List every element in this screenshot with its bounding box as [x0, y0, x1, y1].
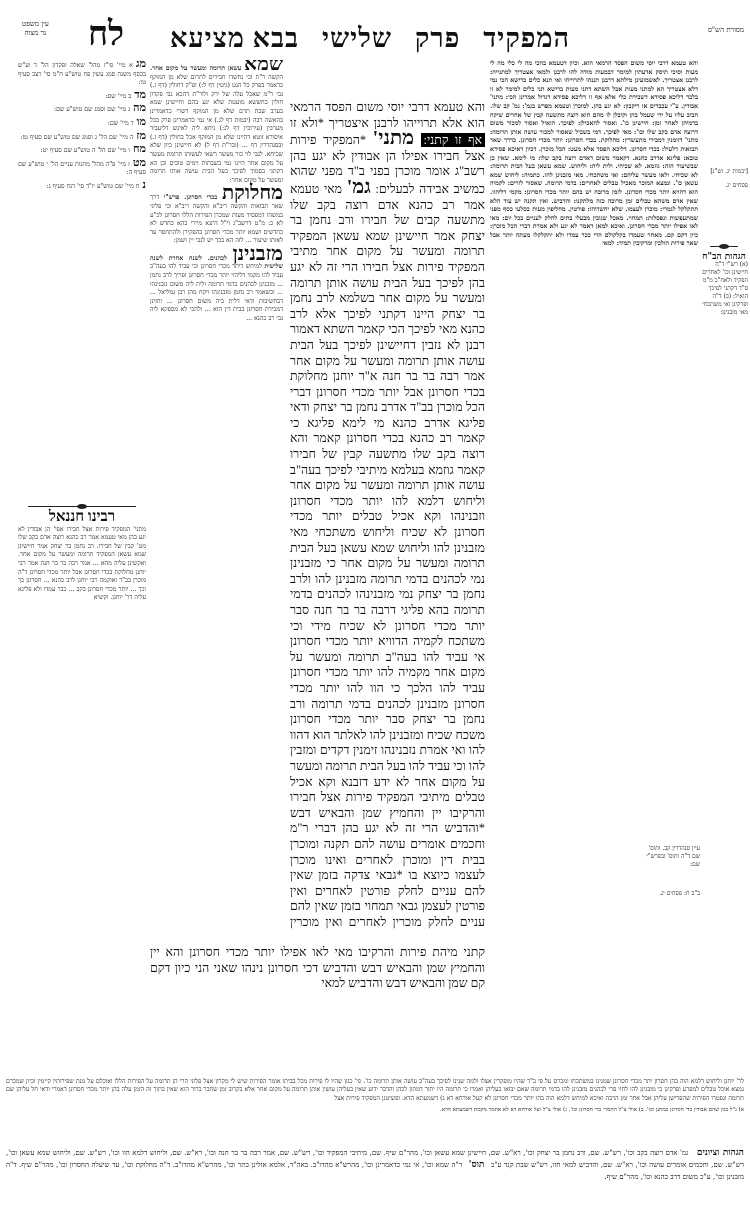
- masoret-refs: [יבמות יג. וש"נ] פסחים יג.: [700, 165, 748, 193]
- ein-mishpat-entry: מטז מיי' פ"ה מהל' מתנות עניים הל' י טוש"…: [18, 159, 146, 178]
- gemara-opening: והא טעמא דרבי יוסי משום הפסד הרמאי הוא א…: [290, 100, 485, 130]
- ornament-divider: [28, 506, 136, 507]
- ein-mishpat-entry: מוד מיי' שם:: [18, 118, 146, 129]
- footer-commentary: לר' יוחנן וליחוש דלמא הוה בהן חסרון יתר …: [6, 1078, 744, 1115]
- rabbeinu-chananel: רבינו חננאל מתני' המפקיד פירות אצל חבירו…: [18, 500, 146, 1070]
- ein-mishpat-letter: נ: [142, 178, 146, 191]
- ein-mishpat-entry: מדב מיי' שם:: [18, 91, 146, 102]
- ein-mishpat-entry: מזה מיי' שם הל' ג וסמג שם טוש"ע שם סעיף …: [18, 132, 146, 143]
- ein-mishpat-entry: נח מיי' שם טוש"ע יו"ד סי' רנח סעיף ג:: [18, 181, 146, 192]
- tosfos-heading2-rest: בכדי חסרונן. פרש"י: [164, 194, 218, 201]
- masoret-ref-2: פסחים יג.: [700, 179, 748, 193]
- ein-mishpat-text: ג מיי' שם וסמג שם טוש"ע שם:: [54, 106, 130, 113]
- gemara-closing: קתני מיהת פירות והרקיבו מאי לאו אפילו יו…: [150, 945, 485, 990]
- tosfos-heading2-word: מחלוקת: [222, 182, 283, 204]
- ein-mishpat-text: ז מיי' פ"ה מהל' מתנות עניים הל' י טוש"ע …: [18, 161, 146, 177]
- ein-mishpat-line1: עין משפט: [22, 20, 49, 29]
- ein-mishpat-text: א מיי' פי"ז מהל' שאלה ופקדון הל' ד וע"ש …: [18, 62, 146, 86]
- ein-mishpat-text: ח מיי' שם טוש"ע יו"ד סי' רנח סעיף ג:: [47, 183, 140, 190]
- ein-mishpat-text: ב מיי' שם:: [105, 93, 131, 100]
- masoret-hashas-label: מסורת הש"ס: [708, 26, 744, 34]
- chapter-name: המפקיד: [483, 23, 570, 54]
- rabbeinu-chananel-text: מתני' המפקיד פירות אצל חבירו אפי' הן אבו…: [18, 526, 146, 603]
- tosfos-heading3-word: מזבנינן: [233, 243, 283, 265]
- tosfos-text3: למיחש דיתר מכדי חסרונן וכי עביד להו בעה"…: [150, 263, 283, 322]
- ornament-divider: [710, 246, 738, 247]
- rashi-text: והא טעמא דרבי יוסי משום הפסד הרמאי הוא. …: [490, 60, 698, 247]
- hagahot-vetziyunim: הגהות וציונים גמ' אדם רוצה בקב וכו', רש"…: [6, 1147, 744, 1183]
- tosfos-commentary: שמא עשאן תרומה ומעשר על מקום אחר. הקשה ר…: [150, 60, 283, 930]
- rabbeinu-chananel-title: רבינו חננאל: [18, 513, 146, 522]
- tosfos-label: תוס': [469, 1160, 485, 1170]
- mishnah-label: מתני': [373, 127, 414, 149]
- hagahot-bach: הגהות הב"ח (א) רש"י ד"ה חיישינן וכו' לאח…: [700, 240, 748, 317]
- ein-mishpat-letter: מה: [133, 101, 146, 114]
- ein-mishpat-entry: מגא מיי' פי"ז מהל' שאלה ופקדון הל' ד וע"…: [18, 60, 146, 88]
- ein-mishpat-column: מגא מיי' פי"ז מהל' שאלה ופקדון הל' ד וע"…: [18, 60, 146, 390]
- ein-mishpat-letter: מח: [133, 142, 146, 155]
- ein-mishpat-text: ו מיי' שם הל' ה טוש"ע שם סעיף יט:: [40, 147, 129, 154]
- masoret-ref-1: [יבמות יג. וש"נ]: [700, 165, 748, 179]
- rashi-commentary: והא טעמא דרבי יוסי משום הפסד הרמאי הוא. …: [490, 60, 698, 930]
- af-zu-katani-highlight: אף זו קתני:: [421, 133, 485, 147]
- gemara-end-word: למאי: [321, 976, 345, 990]
- bottom-margin-ref-2: ב"ב ח: פסחים יג.: [640, 890, 700, 898]
- hagahot-label: הגהות וציונים: [697, 1148, 744, 1158]
- ein-mishpat-letter: מד: [134, 88, 146, 101]
- gemara-main-text: והא טעמא דרבי יוסי משום הפסד הרמאי הוא א…: [290, 100, 485, 930]
- ein-mishpat-letter: מט: [133, 156, 146, 169]
- hagahot-bach-text: (א) רש"י ד"ה חיישינן וכו' לאחרים הפקיד ו…: [700, 261, 748, 317]
- footer-commentary-text: לר' יוחנן וליחוש דלמא הוה בהן חסרון יתר …: [6, 1078, 744, 1103]
- gemara-label: גמ': [347, 176, 371, 198]
- ein-mishpat-letter: מג: [136, 60, 146, 70]
- ein-mishpat-line2: נר מצוה: [22, 29, 49, 38]
- chapter-number: שלישי: [322, 23, 392, 54]
- tractate-name: בבא מציעא: [170, 23, 299, 54]
- ein-mishpat-text: ד מיי' שם:: [108, 120, 134, 127]
- hagahot-bach-title: הגהות הב"ח: [700, 253, 748, 261]
- tosfos-heading-rest: עשאן תרומה ומעשר על מקום אחר.: [150, 65, 241, 72]
- ein-mishpat-text: ה מיי' שם הל' ג וסמג שם טוש"ע שם סעיף טז…: [20, 134, 133, 141]
- ein-mishpat-letter: מו: [137, 115, 146, 128]
- chapter-word: פרק: [415, 23, 460, 54]
- gemara-body: מאי טעמא אמר רב כהנא אדם רוצה בקב שלו מת…: [290, 182, 485, 930]
- ein-mishpat-entry: מהג מיי' שם וסמג שם טוש"ע שם:: [18, 104, 146, 115]
- tosfos-text: הקשה ר"ת וכי נחשדו חבירים לתרום שלא מן ה…: [150, 74, 283, 184]
- page-title: המפקיד פרק שלישי בבא מציעא: [170, 18, 570, 58]
- ein-mishpat-label: עין משפט נר מצוה: [22, 20, 49, 38]
- ein-mishpat-letter: מז: [136, 129, 146, 142]
- bottom-margin-ref-1: עיין סנהדרין קב. ותוס' שם ד"ה ותוס' ובפר…: [640, 845, 700, 869]
- gemara-closing-text: קתני מיהת פירות והרקיבו מאי לאו אפילו יו…: [150, 945, 485, 1035]
- ein-mishpat-entry: מחו מיי' שם הל' ה טוש"ע שם סעיף יט:: [18, 145, 146, 156]
- footnotes: א) נ"ל כגון שהם אבודין כדי חסרונן כמתנן …: [6, 1106, 744, 1114]
- folio-number: לח: [88, 16, 124, 54]
